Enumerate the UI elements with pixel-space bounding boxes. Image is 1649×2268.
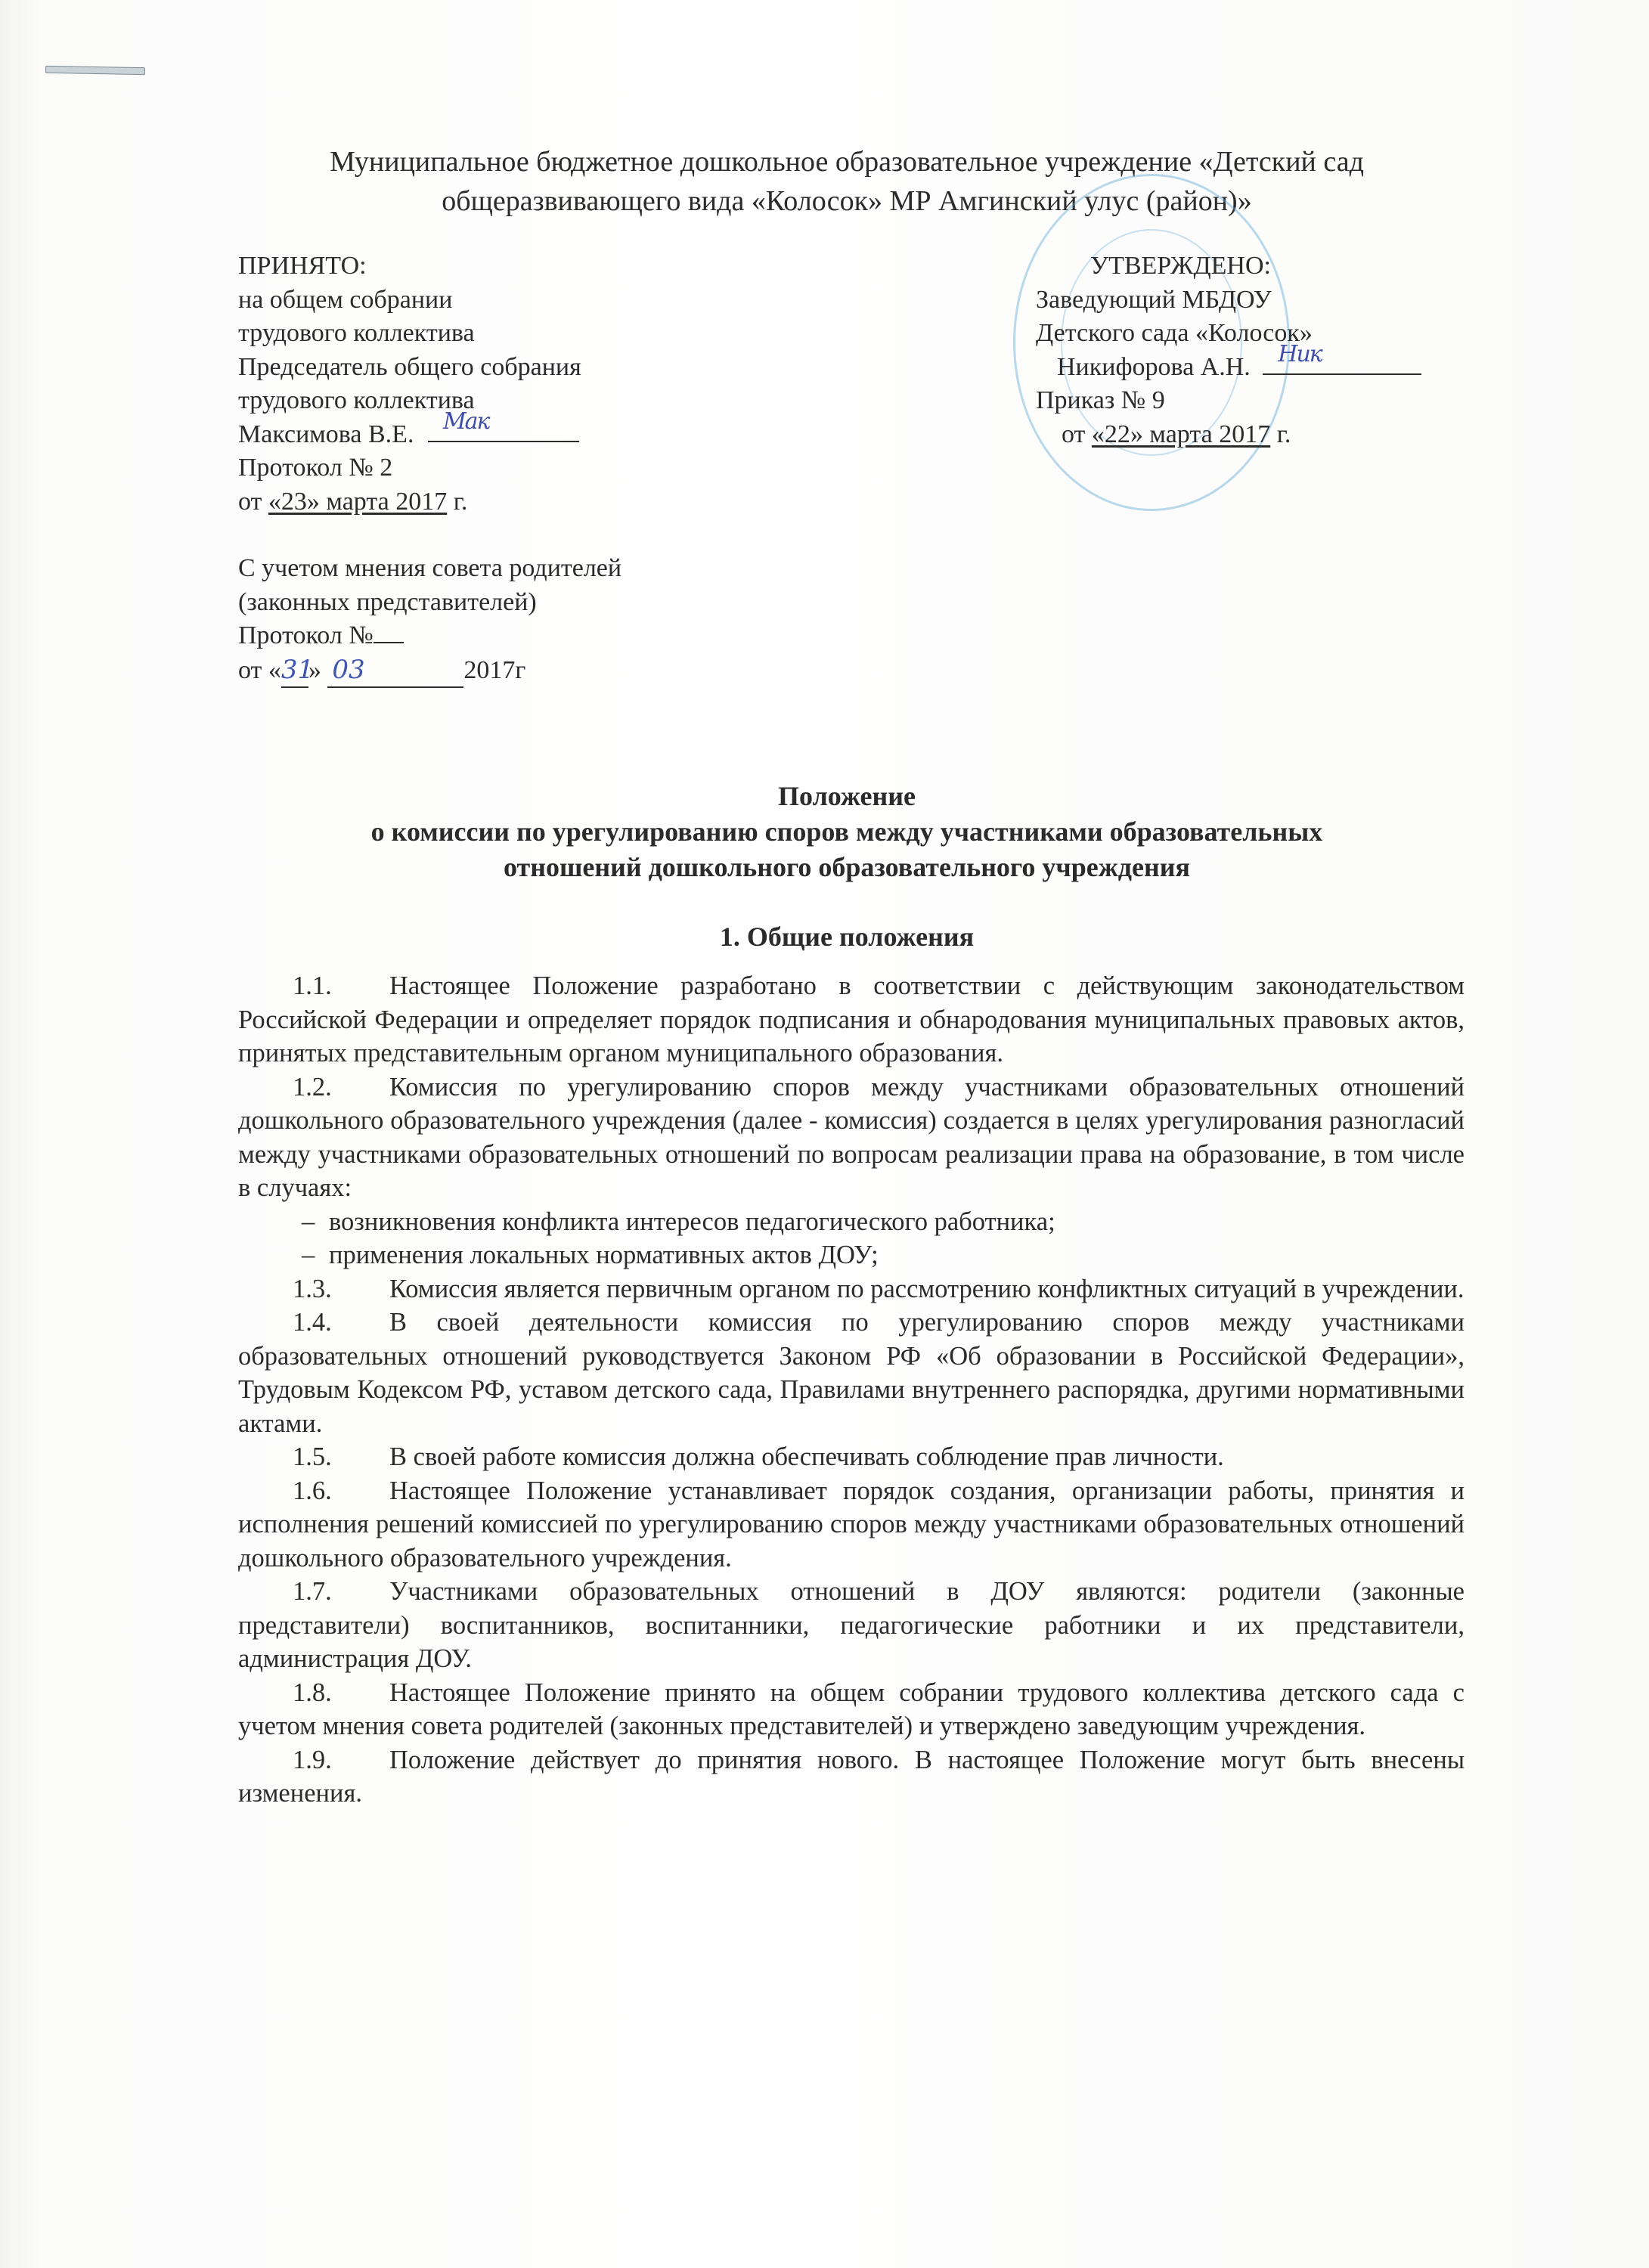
paragraph-1-8: 1.8.Настоящее Положение принято на общем… xyxy=(238,1676,1465,1743)
paragraph-number: 1.5. xyxy=(293,1440,389,1474)
date-year: 2017г xyxy=(463,656,525,684)
head-name: Никифорова А.Н. xyxy=(1057,353,1251,381)
staple-mark xyxy=(45,66,145,75)
accepted-line: трудового коллектива xyxy=(238,384,621,418)
paragraph-text: Комиссия является первичным органом по р… xyxy=(389,1275,1465,1303)
org-line-2: общеразвивающего вида «Колосок» МР Амгин… xyxy=(227,181,1467,221)
date-suffix: г. xyxy=(447,488,467,516)
org-line-1: Муниципальное бюджетное дошкольное образ… xyxy=(227,142,1467,181)
paragraph-number: 1.9. xyxy=(293,1743,389,1777)
paragraph-1-7: 1.7.Участниками образовательных отношени… xyxy=(238,1575,1465,1676)
accepted-line: трудового коллектива xyxy=(238,317,621,351)
paragraph-1-9: 1.9.Положение действует до принятия ново… xyxy=(238,1743,1465,1811)
paragraph-text: Положение действует до принятия нового. … xyxy=(238,1746,1465,1808)
title-line-2: о комиссии по урегулированию споров межд… xyxy=(227,814,1467,850)
date-prefix: от xyxy=(1062,420,1092,448)
paragraph-text: Комиссия по урегулированию споров между … xyxy=(238,1073,1465,1203)
accepted-line: Председатель общего собрания xyxy=(238,351,621,385)
date-suffix: г. xyxy=(1270,420,1291,448)
approved-date: от «22» марта 2017 г. xyxy=(1036,418,1421,452)
approval-block-approved: УТВЕРЖДЕНО: Заведующий МБДОУ Детского са… xyxy=(1036,249,1421,451)
paragraph-text: Участниками образовательных отношений в … xyxy=(238,1577,1465,1673)
section-body: 1.1.Настоящее Положение разработано в со… xyxy=(238,969,1465,1811)
parents-protocol: Протокол № xyxy=(238,619,621,653)
paragraph-number: 1.3. xyxy=(293,1272,389,1306)
approved-line: Детского сада «Колосок» xyxy=(1036,317,1421,351)
order-number: Приказ № 9 xyxy=(1036,384,1421,418)
paragraph-text: В своей деятельности комиссия по урегули… xyxy=(238,1308,1465,1438)
accepted-line: на общем собрании xyxy=(238,283,621,318)
protocol-number: Протокол № 2 xyxy=(238,451,621,485)
dash-bullet-icon: – xyxy=(302,1205,329,1239)
signature-line: Мак xyxy=(428,418,579,442)
paragraph-text: Настоящее Положение устанавливает порядо… xyxy=(238,1476,1465,1572)
parents-council-line-2: (законных представителей) xyxy=(238,586,621,620)
dash-bullet-icon: – xyxy=(302,1238,329,1272)
handwritten-day: 31 xyxy=(281,653,308,689)
protocol-blank xyxy=(374,621,404,643)
title-line-1: Положение xyxy=(227,779,1467,814)
list-item-text: применения локальных нормативных актов Д… xyxy=(329,1241,879,1269)
list-item-text: возникновения конфликта интересов педаго… xyxy=(329,1207,1055,1236)
scanned-page: Муниципальное бюджетное дошкольное образ… xyxy=(0,0,1649,2268)
parents-date: от «31» 032017г xyxy=(238,653,621,689)
paragraph-1-2: 1.2.Комиссия по урегулированию споров ме… xyxy=(238,1070,1465,1205)
date-value: «23» марта 2017 xyxy=(268,488,447,516)
organization-header: Муниципальное бюджетное дошкольное образ… xyxy=(227,142,1467,221)
handwritten-month: 03 xyxy=(327,653,463,689)
paragraph-number: 1.8. xyxy=(293,1676,389,1710)
paragraph-1-4: 1.4.В своей деятельности комиссия по уре… xyxy=(238,1306,1465,1440)
paragraph-1-5: 1.5.В своей работе комиссия должна обесп… xyxy=(238,1440,1465,1474)
paragraph-number: 1.7. xyxy=(293,1575,389,1609)
protocol-label: Протокол № xyxy=(238,621,374,649)
accepted-date: от «23» марта 2017 г. xyxy=(238,485,621,519)
date-mid: » xyxy=(308,656,328,684)
paragraph-number: 1.2. xyxy=(293,1070,389,1105)
section-heading: 1. Общие положения xyxy=(227,921,1467,953)
list-item: –применения локальных нормативных актов … xyxy=(238,1238,1465,1272)
paragraph-number: 1.1. xyxy=(293,969,389,1003)
paragraph-1-3: 1.3.Комиссия является первичным органом … xyxy=(238,1272,1465,1306)
date-prefix: от xyxy=(238,488,268,516)
date-prefix: от « xyxy=(238,656,281,684)
paragraph-number: 1.6. xyxy=(293,1474,389,1508)
signature-line: Ник xyxy=(1263,351,1421,375)
approved-heading: УТВЕРЖДЕНО: xyxy=(1036,249,1421,283)
parents-council-line-1: С учетом мнения совета родителей xyxy=(238,552,621,586)
document-title: Положение о комиссии по урегулированию с… xyxy=(227,779,1467,885)
paragraph-text: Настоящее Положение принято на общем соб… xyxy=(238,1678,1465,1741)
title-line-3: отношений дошкольного образовательного у… xyxy=(227,850,1467,885)
paragraph-text: В своей работе комиссия должна обеспечив… xyxy=(389,1442,1224,1471)
chair-signature-row: Максимова В.Е. Мак xyxy=(238,418,621,452)
head-signature-row: Никифорова А.Н. Ник xyxy=(1036,351,1421,385)
accepted-heading: ПРИНЯТО: xyxy=(238,249,621,283)
date-value: «22» марта 2017 xyxy=(1092,420,1270,448)
chair-name: Максимова В.Е. xyxy=(238,420,414,448)
list-item: –возникновения конфликта интересов педаг… xyxy=(238,1205,1465,1239)
handwritten-signature: Ник xyxy=(1278,338,1321,372)
approved-line: Заведующий МБДОУ xyxy=(1036,283,1421,318)
paragraph-number: 1.4. xyxy=(293,1306,389,1340)
paragraph-text: Настоящее Положение разработано в соотве… xyxy=(238,971,1465,1067)
handwritten-signature: Мак xyxy=(443,405,489,439)
paragraph-1-6: 1.6.Настоящее Положение устанавливает по… xyxy=(238,1474,1465,1576)
approval-block-accepted: ПРИНЯТО: на общем собрании трудового кол… xyxy=(238,249,621,688)
paragraph-1-1: 1.1.Настоящее Положение разработано в со… xyxy=(238,969,1465,1070)
